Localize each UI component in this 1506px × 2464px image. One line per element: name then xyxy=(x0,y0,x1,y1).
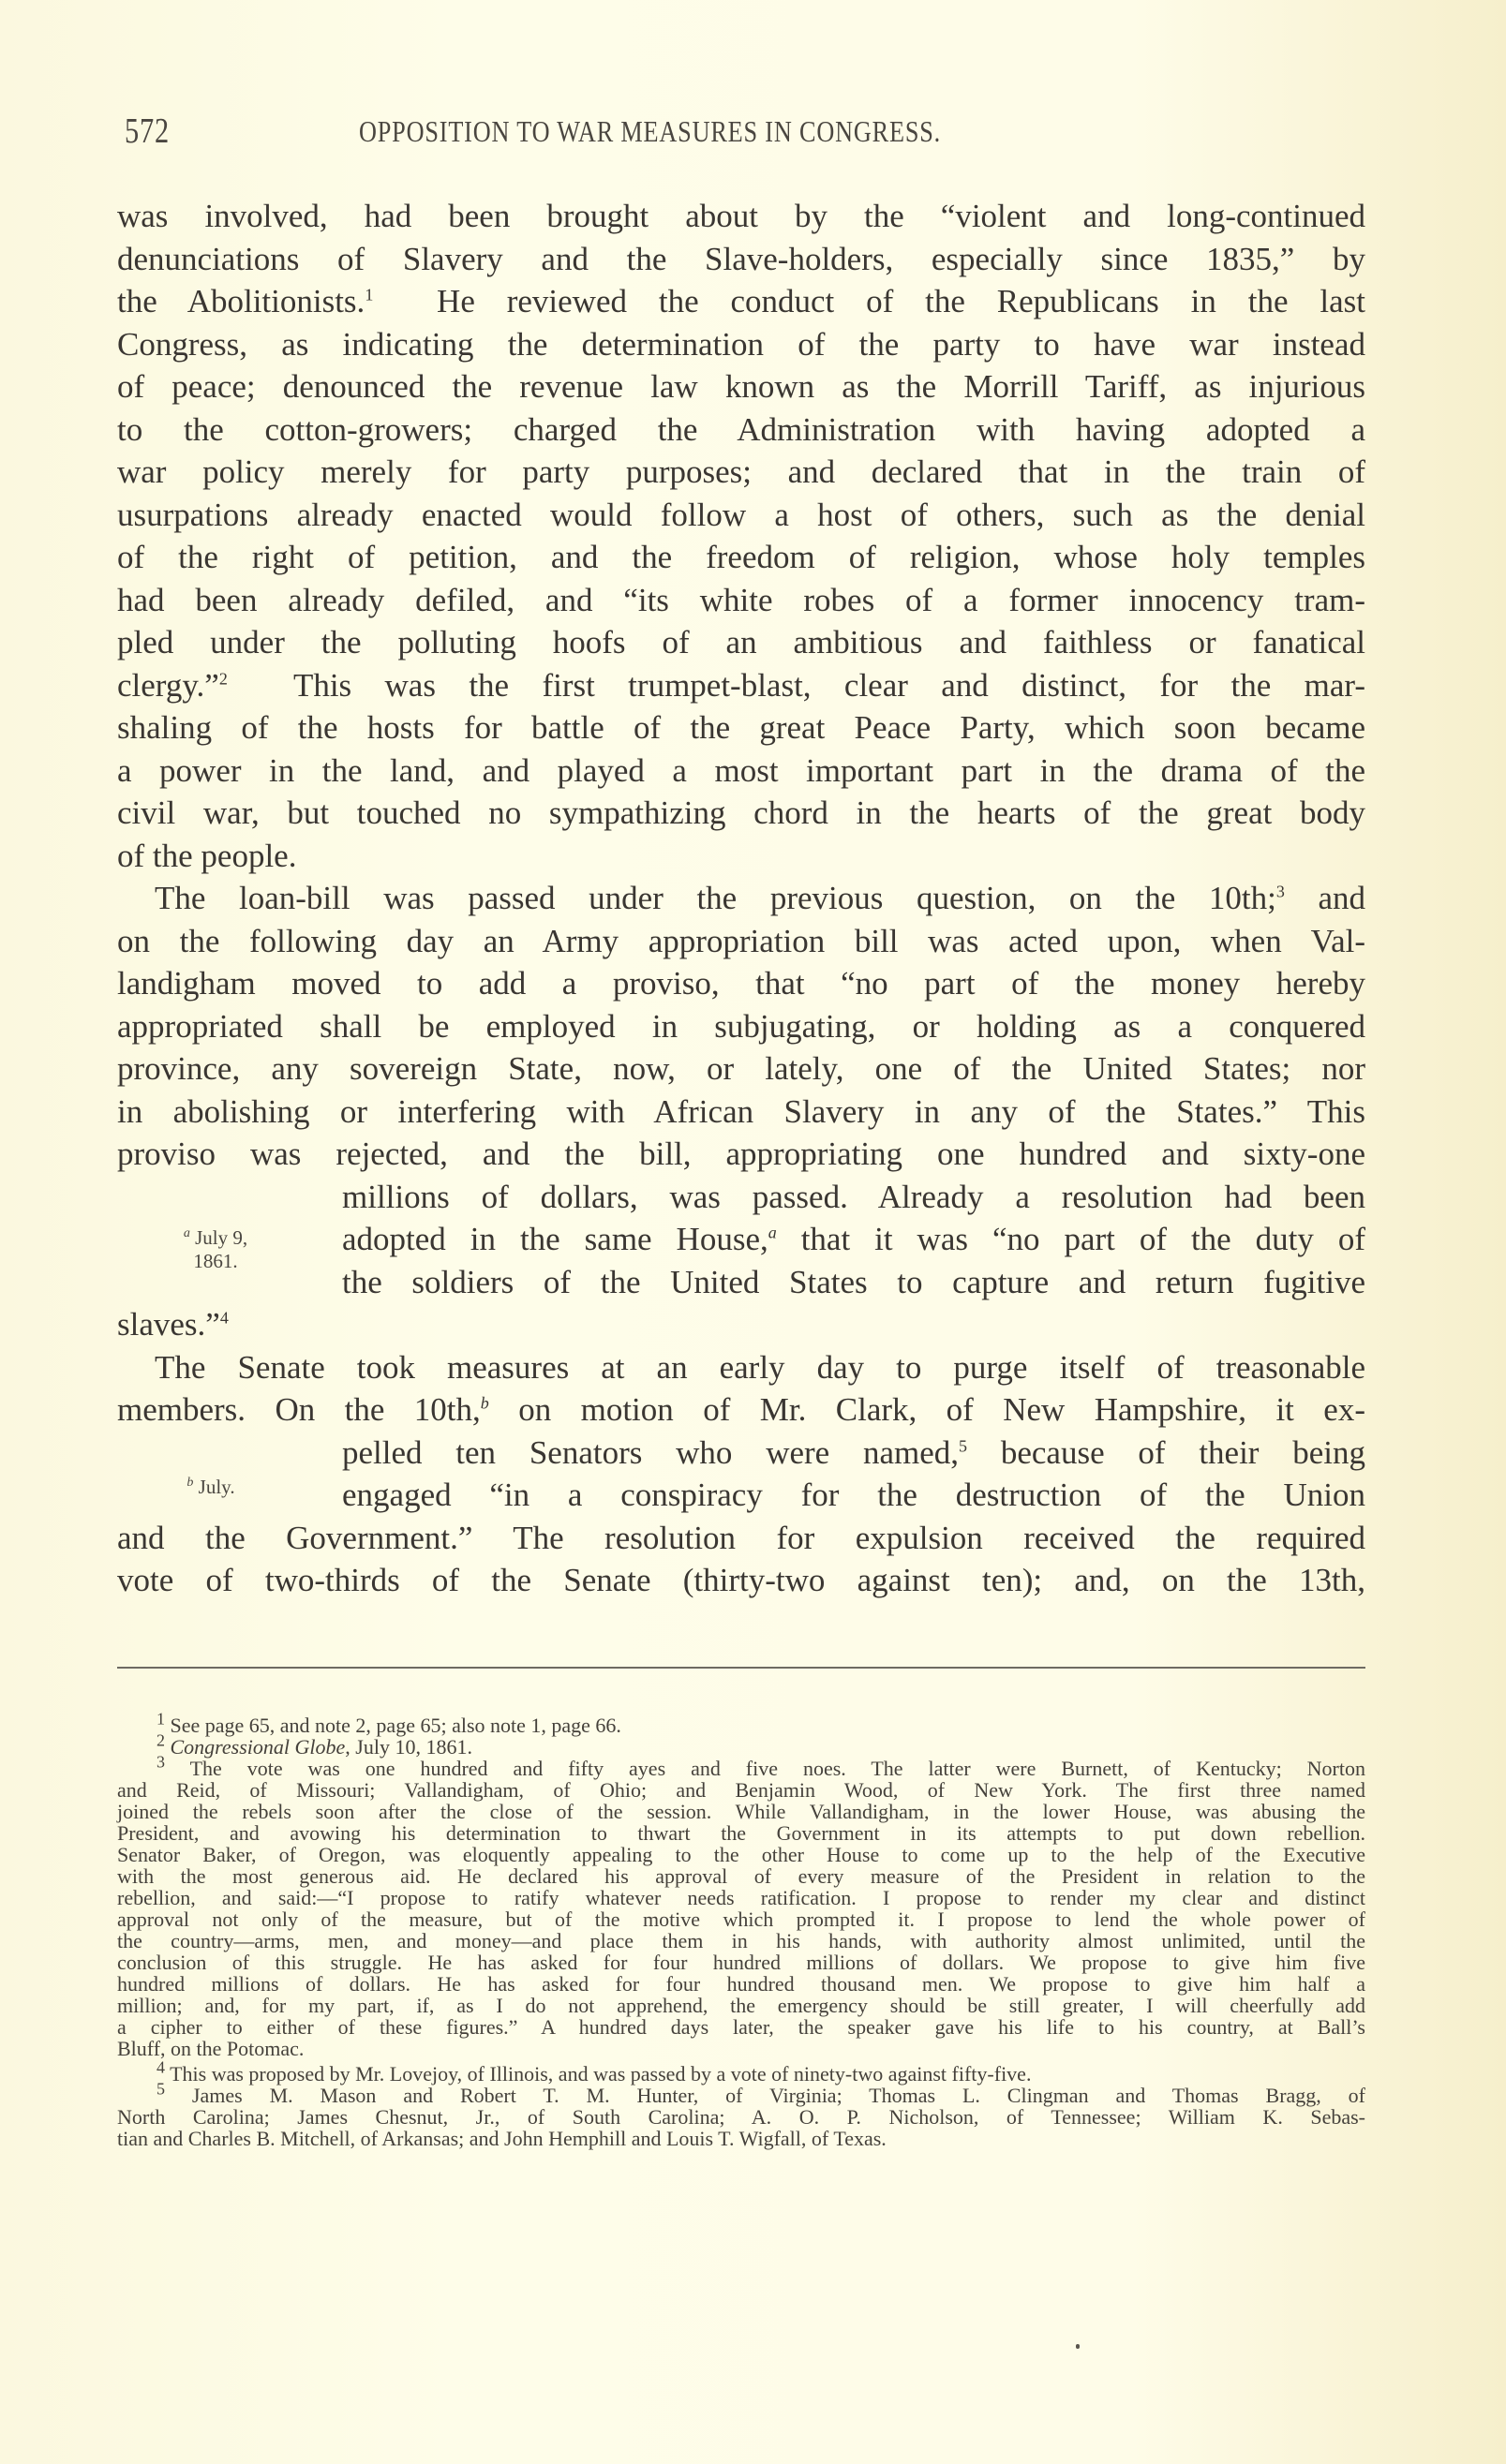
paragraph-1: was involved, had been brought about by … xyxy=(117,195,1365,877)
text-line: landigham moved to add a proviso, that “… xyxy=(117,962,1365,1005)
text-fragment: He reviewed the conduct of the Republica… xyxy=(437,283,1365,319)
footnote-ref[interactable]: 5 xyxy=(959,1436,967,1455)
text-line: of the right of petition, and the freedo… xyxy=(117,536,1365,579)
text-line: slaves.”4 xyxy=(117,1303,1365,1346)
text-fragment: that it was “no part of the duty of xyxy=(801,1221,1365,1257)
footnote-citation: Congressional Globe xyxy=(171,1735,346,1759)
text-fragment: pelled ten Senators who were named, xyxy=(342,1434,959,1471)
text-fragment: clergy.” xyxy=(117,667,219,704)
margin-note-line: 1861. xyxy=(145,1250,286,1273)
footnote-line: and Reid, of Missouri; Vallandigham, of … xyxy=(117,1779,1365,1801)
page-number: 572 xyxy=(125,111,170,152)
footnote-line: joined the rebels soon after the close o… xyxy=(117,1801,1365,1822)
margin-ref[interactable]: a xyxy=(768,1223,777,1241)
text-fragment: slaves.” xyxy=(117,1306,220,1343)
text-line: millions of dollars, was passed. Already… xyxy=(117,1176,1365,1219)
text-line: The Senate took measures at an early day… xyxy=(117,1346,1365,1389)
footnote-line: Senator Baker, of Oregon, was eloquently… xyxy=(117,1844,1365,1865)
footnote-number: 4 xyxy=(157,2058,165,2077)
footnote-line: million; and, for my part, if, as I do n… xyxy=(117,1995,1365,2016)
footnote-1: 1 See page 65, and note 2, page 65; also… xyxy=(117,1714,1365,1736)
footnote-text: This was proposed by Mr. Lovejoy, of Ill… xyxy=(170,2062,1031,2085)
text-fragment: members. On the 10th, xyxy=(117,1391,481,1428)
text-fragment: This was the first trumpet-blast, clear … xyxy=(293,667,1365,704)
footnote-line: conclusion of this struggle. He has aske… xyxy=(117,1952,1365,1973)
footnote-line: North Carolina; James Chesnut, Jr., of S… xyxy=(117,2106,1365,2128)
ink-speck xyxy=(1076,2344,1080,2349)
text-line: the soldiers of the United States to cap… xyxy=(117,1261,1365,1304)
footnote-line: 5 James M. Mason and Robert T. M. Hunter… xyxy=(117,2085,1365,2106)
text-line: of the people. xyxy=(117,835,1365,878)
margin-note-b: b July. xyxy=(155,1476,267,1499)
text-line: of peace; denounced the revenue law know… xyxy=(117,365,1365,408)
text-line: usurpations already enacted would follow… xyxy=(117,494,1365,537)
footnote-ref[interactable]: 3 xyxy=(1276,882,1285,900)
text-line: pelled ten Senators who were named,5 bec… xyxy=(117,1432,1365,1475)
footnote-line: President, and avowing his determination… xyxy=(117,1822,1365,1844)
footnote-3: 3 The vote was one hundred and fifty aye… xyxy=(117,1758,1365,2059)
text-line: the Abolitionists.1 He reviewed the cond… xyxy=(117,280,1365,323)
text-line: pled under the polluting hoofs of an amb… xyxy=(117,621,1365,664)
footnote-number: 3 xyxy=(157,1753,165,1772)
text-line: engaged “in a conspiracy for the destruc… xyxy=(117,1474,1365,1517)
footnote-text: James M. Mason and Robert T. M. Hunter, … xyxy=(192,2084,1365,2107)
text-line: had been already defiled, and “its white… xyxy=(117,579,1365,622)
footnote-ref[interactable]: 2 xyxy=(219,669,228,688)
paragraph-3: The Senate took measures at an early day… xyxy=(117,1346,1365,1602)
footnote-line: with the most generous aid. He declared … xyxy=(117,1865,1365,1887)
text-line: a power in the land, and played a most i… xyxy=(117,750,1365,793)
text-line: members. On the 10th,b on motion of Mr. … xyxy=(117,1388,1365,1432)
margin-note-a: a July 9, 1861. xyxy=(145,1226,286,1273)
footnote-line: Bluff, on the Potomac. xyxy=(117,2038,1365,2059)
page-header: 572 OPPOSITION TO WAR MEASURES IN CONGRE… xyxy=(117,111,1365,167)
text-fragment: The loan-bill was passed under the previ… xyxy=(155,880,1276,916)
text-line: war policy merely for party purposes; an… xyxy=(117,451,1365,494)
footnote-line: the country—arms, men, and money—and pla… xyxy=(117,1930,1365,1952)
text-line: proviso was rejected, and the bill, appr… xyxy=(117,1133,1365,1176)
text-line: clergy.”2 This was the first trumpet-bla… xyxy=(117,664,1365,707)
text-line: to the cotton-growers; charged the Admin… xyxy=(117,408,1365,452)
footnote-ref[interactable]: 1 xyxy=(365,285,373,304)
footnote-line: hundred millions of dollars. He has aske… xyxy=(117,1973,1365,1995)
text-fragment: the Abolitionists. xyxy=(117,283,365,319)
footnote-number: 5 xyxy=(157,2080,165,2099)
margin-note-line: a July 9, xyxy=(145,1226,286,1250)
text-line: The loan-bill was passed under the previ… xyxy=(117,877,1365,920)
text-line: shaling of the hosts for battle of the g… xyxy=(117,706,1365,750)
text-line: vote of two-thirds of the Senate (thirty… xyxy=(117,1559,1365,1602)
footnotes: 1 See page 65, and note 2, page 65; also… xyxy=(117,1714,1365,2149)
margin-text: July 9, xyxy=(195,1226,247,1249)
margin-mark: a xyxy=(184,1226,190,1240)
text-fragment: adopted in the same House, xyxy=(342,1221,768,1257)
margin-ref[interactable]: b xyxy=(481,1393,489,1412)
margin-note-line: b July. xyxy=(155,1476,267,1499)
footnote-number: 1 xyxy=(157,1710,165,1729)
footnote-4: 4 This was proposed by Mr. Lovejoy, of I… xyxy=(117,2063,1365,2085)
footnote-number: 2 xyxy=(157,1731,165,1750)
text-fragment: and xyxy=(1318,880,1365,916)
footnote-line: a cipher to either of these figures.” A … xyxy=(117,2016,1365,2038)
body-text: was involved, had been brought about by … xyxy=(117,195,1365,1602)
text-fragment: because of their being xyxy=(1001,1434,1365,1471)
footnote-text: See page 65, and note 2, page 65; also n… xyxy=(171,1714,621,1737)
text-line: civil war, but touched no sympathizing c… xyxy=(117,792,1365,835)
margin-mark: b xyxy=(186,1476,193,1490)
footnote-line: rebellion, and said:—“I propose to ratif… xyxy=(117,1887,1365,1908)
footnote-separator xyxy=(117,1667,1365,1669)
text-line: Congress, as indicating the determinatio… xyxy=(117,323,1365,366)
text-line: and the Government.” The resolution for … xyxy=(117,1517,1365,1560)
running-title: OPPOSITION TO WAR MEASURES IN CONGRESS. xyxy=(359,114,941,149)
text-line: adopted in the same House,a that it was … xyxy=(117,1218,1365,1261)
margin-text: July. xyxy=(199,1476,235,1498)
footnote-line: tian and Charles B. Mitchell, of Arkansa… xyxy=(117,2128,1365,2149)
text-line: denunciations of Slavery and the Slave-h… xyxy=(117,238,1365,281)
footnote-line: 3 The vote was one hundred and fifty aye… xyxy=(117,1758,1365,1779)
footnote-2: 2 Congressional Globe, July 10, 1861. xyxy=(117,1736,1365,1758)
text-fragment: on motion of Mr. Clark, of New Hampshire… xyxy=(518,1391,1365,1428)
paragraph-2: The loan-bill was passed under the previ… xyxy=(117,877,1365,1346)
footnote-5: 5 James M. Mason and Robert T. M. Hunter… xyxy=(117,2085,1365,2149)
footnote-text: The vote was one hundred and fifty ayes … xyxy=(190,1757,1365,1780)
footnote-ref[interactable]: 4 xyxy=(220,1308,229,1327)
text-line: on the following day an Army appropriati… xyxy=(117,920,1365,963)
text-line: province, any sovereign State, now, or l… xyxy=(117,1047,1365,1091)
text-line: was involved, had been brought about by … xyxy=(117,195,1365,238)
footnote-line: approval not only of the measure, but of… xyxy=(117,1908,1365,1930)
footnote-text: , July 10, 1861. xyxy=(345,1735,472,1759)
text-line: appropriated shall be employed in subjug… xyxy=(117,1005,1365,1048)
text-line: in abolishing or interfering with Africa… xyxy=(117,1091,1365,1134)
